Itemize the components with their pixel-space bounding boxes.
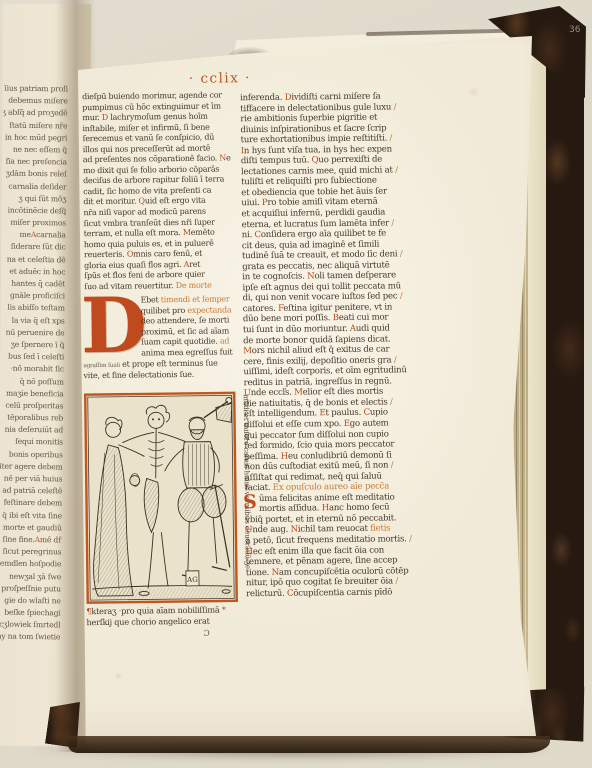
book-cast-shadow bbox=[36, 746, 548, 760]
rubric-red-text: D bbox=[102, 113, 108, 122]
rubric-red-text: D bbox=[285, 93, 292, 103]
rubric-orange-text: fietis bbox=[370, 524, 390, 534]
lines-below-woodcut: ¶kteraʒ ·pro quia aīam nobiliſſimā *herſ… bbox=[86, 604, 256, 628]
rubric-orange-text: / bbox=[391, 218, 394, 228]
rubric-red-text: N bbox=[272, 567, 279, 577]
folio-header-roman-numeral: · cclix · bbox=[158, 70, 282, 88]
rubric-red-text: M bbox=[183, 228, 191, 237]
rubric-orange-text: ad bbox=[220, 337, 229, 346]
rubric-red-text: M bbox=[294, 388, 303, 398]
rubric-orange-text: / bbox=[395, 577, 398, 587]
rubric-orange-text: expectanda bbox=[187, 305, 231, 315]
left-column-lines-beside-initial: Ebet timendi et ſemperquilibet pro expec… bbox=[141, 294, 246, 359]
rubric-red-text: P bbox=[262, 198, 268, 208]
rubric-initial-S: S bbox=[243, 492, 257, 512]
rubric-red-text: M bbox=[243, 346, 252, 356]
rubric-red-text: I bbox=[241, 146, 244, 156]
manuscript-text-line: anima mea egreſſus fuit bbox=[141, 347, 245, 359]
artist-monogram-tablet: AG bbox=[186, 571, 199, 586]
rubric-orange-text: / bbox=[394, 355, 397, 365]
manuscript-text-line: vite, et fine delectationis ſue. bbox=[83, 369, 243, 382]
recto-page-content: · cclix · dieſpū buiendo morimur, agende… bbox=[0, 0, 592, 768]
quire-mark: Ɔ bbox=[204, 629, 210, 638]
rubric-orange-text: / bbox=[390, 397, 393, 407]
rubric-red-text: F bbox=[278, 304, 283, 314]
rubric-red-text: N bbox=[219, 154, 226, 163]
rubric-orange-text: / bbox=[391, 461, 394, 471]
rubric-red-text: E bbox=[344, 419, 350, 429]
rubric-red-text: H bbox=[322, 504, 329, 514]
photo-background: īius patriam proſidebemus miſereʒ abſq̄ … bbox=[0, 0, 592, 768]
rubric-red-text: H bbox=[246, 547, 253, 557]
left-column-lines-after-initial: agraſſim ſuali et prope eſt terminus ſue… bbox=[83, 358, 243, 381]
right-text-column: inferenda. Dividiſti carni miſere ſatiff… bbox=[240, 90, 472, 599]
rubric-orange-text: timendi et ſemper bbox=[161, 294, 230, 304]
man-doublet bbox=[183, 442, 215, 488]
rubric-red-text: * bbox=[222, 604, 226, 614]
rubric-orange-text: / bbox=[400, 249, 403, 259]
rubric-red-text: C bbox=[363, 408, 369, 418]
rubric-orange-text: De morte bbox=[176, 280, 212, 289]
rubric-red-text: A bbox=[350, 324, 356, 334]
rubric-red-text: C bbox=[287, 588, 293, 598]
breeches-left-lobe bbox=[178, 488, 204, 522]
rubric-red-text: U bbox=[245, 526, 252, 536]
manuscript-text-line: relicturū. Cōcupiſcentia carnis pīdō bbox=[246, 586, 472, 599]
woodcut-illustration: AG bbox=[84, 391, 239, 604]
rubric-red-text: A bbox=[184, 260, 190, 269]
rubric-orange-text: / bbox=[395, 165, 398, 175]
marginal-gloss: agraſſim ſuali bbox=[83, 363, 119, 369]
rubric-red-text: C bbox=[254, 230, 260, 240]
rubric-red-text: N bbox=[291, 525, 298, 535]
folio-pencil-number: 36 bbox=[569, 25, 580, 35]
rubric-red-text: H bbox=[281, 451, 288, 461]
rubric-orange-text: / bbox=[394, 102, 397, 112]
left-text-column: dieſpū buiendo morimur, agende corpumpim… bbox=[82, 90, 242, 292]
rubric-red-text: U bbox=[244, 388, 251, 398]
rubric-red-text: O bbox=[127, 250, 133, 259]
breeches-right-lobe bbox=[202, 485, 226, 517]
rubric-red-text: E bbox=[319, 409, 325, 419]
rubric-orange-text: / bbox=[389, 134, 392, 144]
rubric-red-text: N bbox=[307, 272, 314, 282]
rubric-red-text: B bbox=[333, 314, 339, 324]
rubric-red-text: Q bbox=[138, 197, 144, 206]
rubric-red-text: · bbox=[119, 606, 121, 616]
monogram-letters: AG bbox=[186, 576, 198, 584]
rubric-red-text: Q bbox=[312, 156, 319, 166]
rubric-orange-text: Ex opuſculo aureo aīe pecc̄a bbox=[273, 482, 389, 493]
manuscript-text-line: herſkij que chorio angelico erat bbox=[86, 615, 256, 628]
woodcut-dance-of-death: AG bbox=[84, 391, 239, 604]
illuminated-initial-D: D bbox=[80, 290, 137, 367]
rubric-orange-text: / bbox=[400, 292, 403, 302]
rubric-orange-text: / bbox=[409, 534, 412, 544]
rubric-red-text: ¶ bbox=[86, 606, 91, 616]
